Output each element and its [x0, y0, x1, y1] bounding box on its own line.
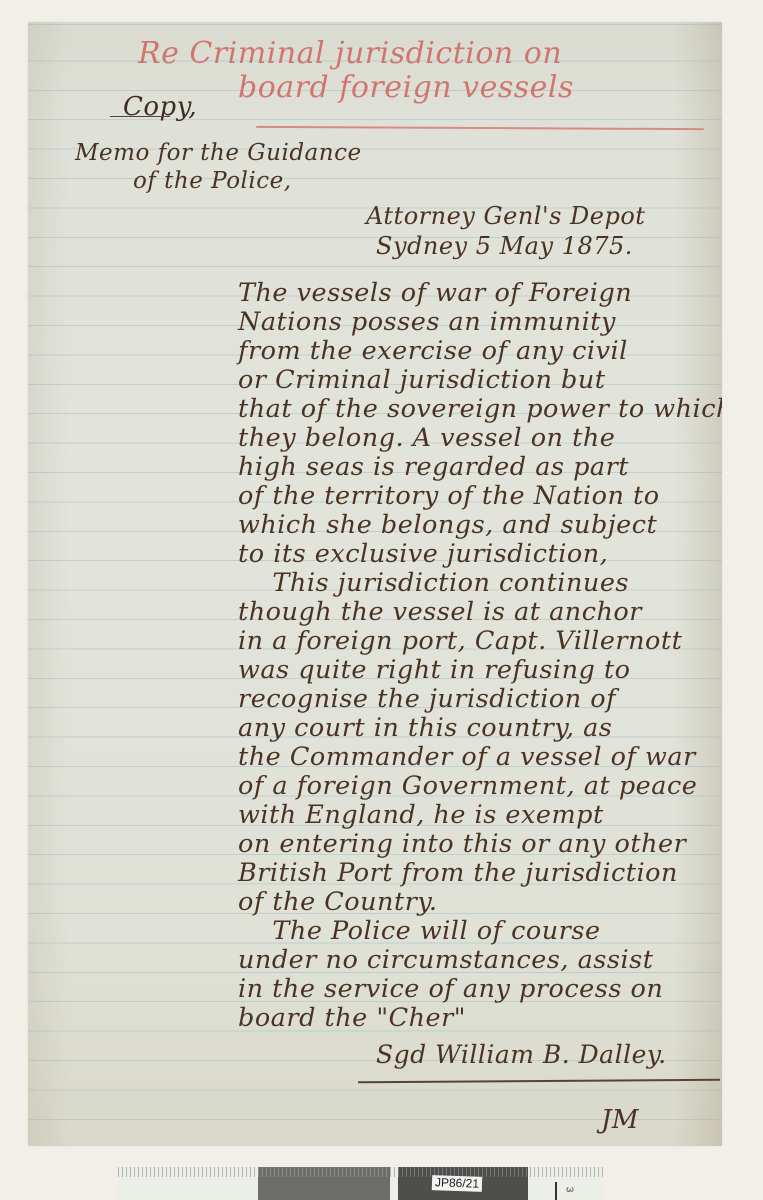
body-line: high seas is regarded as part [238, 452, 629, 482]
signature-underline [358, 1079, 720, 1083]
signature: Sgd William B. Dalley. [376, 1040, 667, 1069]
body-line: was quite right in refusing to [238, 655, 631, 685]
red-heading-line-2: board foreign vessels [238, 70, 574, 105]
body-line: from the exercise of any civil [238, 336, 628, 366]
dateline-place-date: Sydney 5 May 1875. [376, 232, 633, 260]
body-line: on entering into this or any other [238, 829, 686, 859]
body-line: though the vessel is at anchor [238, 597, 642, 627]
initials: JM [601, 1105, 639, 1135]
ruler-ticks [258, 1167, 390, 1177]
body-line: with England, he is exempt [238, 800, 604, 830]
body-line: that of the sovereign power to which [238, 394, 722, 424]
body-line: of a foreign Government, at peace [238, 771, 697, 801]
body-line: of the Country. [238, 887, 438, 917]
red-heading-line-1: Re Criminal jurisdiction on [138, 36, 562, 71]
memo-title-line-2: of the Police, [133, 168, 292, 194]
body-line: in the service of any process on [238, 974, 663, 1004]
dateline-department: Attorney Genl's Depot [366, 202, 645, 230]
ruler-marker [555, 1182, 557, 1200]
scale-ruler: JP86/21 3 [118, 1167, 603, 1200]
body-line: This jurisdiction continues [238, 568, 629, 598]
body-line: British Port from the jurisdiction [238, 858, 678, 888]
body-line: they belong. A vessel on the [238, 423, 615, 453]
body-line: The Police will of course [238, 916, 601, 946]
body-line: to its exclusive jurisdiction, [238, 539, 608, 569]
body-line: recognise the jurisdiction of [238, 684, 616, 714]
body-line: any court in this country, as [238, 713, 612, 743]
ruler-scale-number: 3 [563, 1187, 574, 1193]
body-line: The vessels of war of Foreign [238, 278, 632, 308]
copy-mark: Copy, [123, 92, 197, 122]
body-line: or Criminal jurisdiction but [238, 365, 606, 395]
body-line: which she belongs, and subject [238, 510, 657, 540]
body-line: of the territory of the Nation to [238, 481, 660, 511]
memo-title-line-1: Memo for the Guidance [75, 140, 362, 166]
archive-reference-label: JP86/21 [432, 1175, 483, 1192]
body-line: in a foreign port, Capt. Villernott [238, 626, 682, 656]
manuscript-page: Re Criminal jurisdiction on board foreig… [28, 22, 722, 1146]
body-line: Nations posses an immunity [238, 307, 616, 337]
body-line: under no circumstances, assist [238, 945, 653, 975]
body-line: the Commander of a vessel of war [238, 742, 696, 772]
red-heading-underline [256, 126, 704, 130]
body-line: board the "Cher" [238, 1003, 466, 1033]
ruler-gray-segment [258, 1167, 390, 1200]
copy-flourish [110, 116, 170, 117]
